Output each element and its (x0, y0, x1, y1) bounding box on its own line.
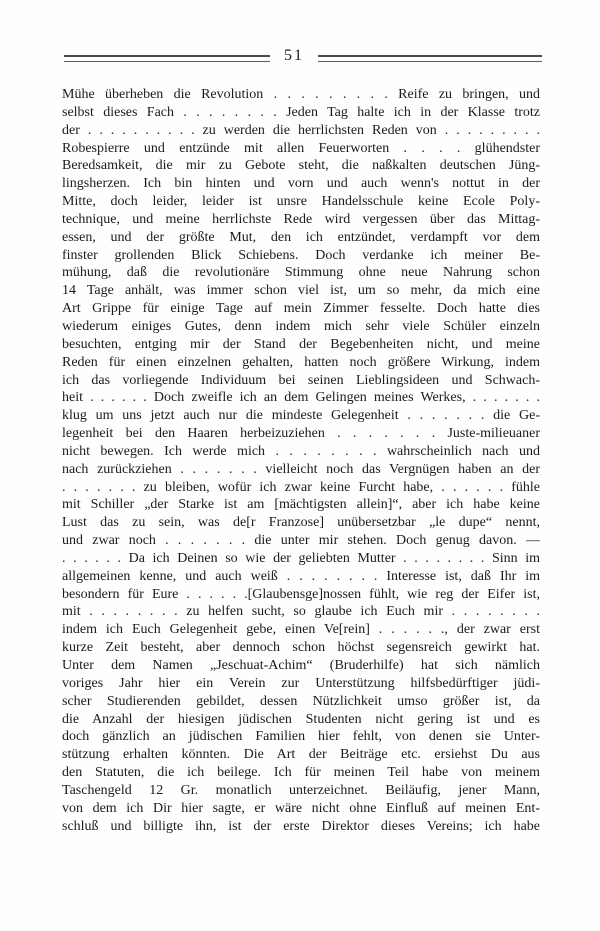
text-line: heit . . . . . . Doch zweifle ich an dem… (62, 389, 540, 407)
text-line: legenheit bei den Haaren herbeizuziehen … (62, 425, 540, 443)
text-line: 14 Tage anhält, was immer schon viel ist… (62, 282, 540, 300)
page-number: 51 (270, 48, 318, 64)
header-rule-right (318, 55, 542, 62)
text-line: kurze Zeit besteht, aber dennoch schon h… (62, 639, 540, 657)
text-line: mit Schiller „der Starke ist am [mächtig… (62, 496, 540, 514)
text-line: Unter dem Namen „Jeschuat-Achim“ (Bruder… (62, 657, 540, 675)
text-line: selbst dieses Fach . . . . . . . . Jeden… (62, 104, 540, 122)
text-line: . . . . . . Da ich Deinen so wie der gel… (62, 550, 540, 568)
page-header: 51 (64, 50, 542, 66)
text-line: lingsherzen. Ich bin hinten und vorn und… (62, 175, 540, 193)
text-line: Robespierre und entzünde mit allen Feuer… (62, 140, 540, 158)
text-line: stützung erhalten könnten. Die Art der B… (62, 746, 540, 764)
text-line: technique, und meine herrlichste Rede wi… (62, 211, 540, 229)
text-line: und zwar noch . . . . . . . die unter mi… (62, 532, 540, 550)
text-line: finster grollenden Blick Schiebens. Doch… (62, 247, 540, 265)
text-line: besondern für Eure . . . . . .[Glaubensg… (62, 586, 540, 604)
text-line: schluß und billigte ihn, ist der erste D… (62, 818, 540, 836)
text-line: Art Grippe für einige Tage auf mein Zimm… (62, 300, 540, 318)
text-line: Taschengeld 12 Gr. monatlich unterzeichn… (62, 782, 540, 800)
text-line: ich das vorliegende Individuum bei seine… (62, 372, 540, 390)
text-line: nicht bewegen. Ich werde mich . . . . . … (62, 443, 540, 461)
text-line: Lust das zu sein, was de[r Franzose] unü… (62, 514, 540, 532)
text-line: der . . . . . . . . . . zu werden die he… (62, 122, 540, 140)
text-line: allgemeinen kenne, und auch weiß . . . .… (62, 568, 540, 586)
text-line: Reden für einen einzelnen gehalten, hatt… (62, 354, 540, 372)
text-line: klug um uns jetzt auch nur die mindeste … (62, 407, 540, 425)
text-line: doch gänzlich an jüdischen Familien hier… (62, 728, 540, 746)
text-line: mühung, daß die revolutionäre Stimmung o… (62, 264, 540, 282)
text-line: von dem ich Dir hier sagte, er wäre nich… (62, 800, 540, 818)
body-text: Mühe überheben die Revolution . . . . . … (62, 86, 540, 835)
text-line: scher Studierenden gebildet, dessen Nütz… (62, 693, 540, 711)
text-line: Mitte, doch leider, leider ist unsre Han… (62, 193, 540, 211)
text-line: besuchten, entging mir der Stand der Beg… (62, 336, 540, 354)
text-line: . . . . . . . zu bleiben, wofür ich zwar… (62, 479, 540, 497)
book-page: 51 Mühe überheben die Revolution . . . .… (0, 0, 600, 931)
text-line: Mühe überheben die Revolution . . . . . … (62, 86, 540, 104)
text-line: wiederum einiges Gutes, denn indem mich … (62, 318, 540, 336)
text-line: den Statuten, die ich beilege. Ich für m… (62, 764, 540, 782)
text-line: Beredsamkeit, die mir zu Gebote steht, d… (62, 157, 540, 175)
text-line: essen, und der größte Mut, den ich entzü… (62, 229, 540, 247)
header-rule-left (64, 55, 270, 62)
text-line: nach zurückziehen . . . . . . . vielleic… (62, 461, 540, 479)
text-line: voriges Jahr hier ein Verein zur Unterst… (62, 675, 540, 693)
text-line: mit . . . . . . . . zu helfen sucht, so … (62, 603, 540, 621)
text-line: die Anzahl der hiesigen jüdischen Studen… (62, 711, 540, 729)
text-line: indem ich Euch Gelegenheit gebe, einen V… (62, 621, 540, 639)
